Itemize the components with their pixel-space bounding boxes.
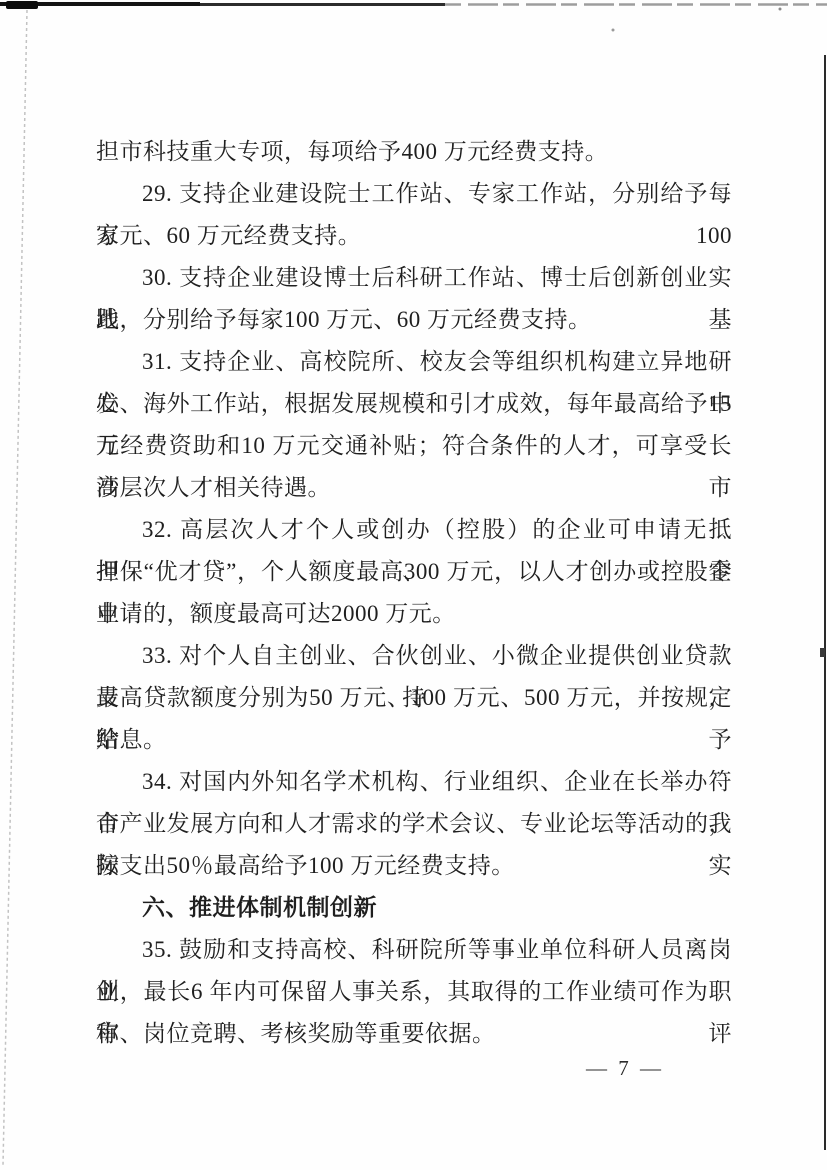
paragraph: 担市科技重大专项，每项给予400 万元经费支持。 <box>96 131 732 173</box>
scan-right-blob <box>820 648 825 657</box>
text-line: 最高贷款额度分别为50 万元、100 万元、500 万元，并按规定给予 <box>96 677 732 719</box>
text-line: 33. 对个人自主创业、合伙创业、小微企业提供创业贷款支持， <box>96 635 732 677</box>
text-line: 心、海外工作站，根据发展规模和引才成效，每年最高给予15 万 <box>96 383 732 425</box>
paragraph: 31. 支持企业、高校院所、校友会等组织机构建立异地研发中心、海外工作站，根据发… <box>96 341 732 509</box>
text-line: 担保“优才贷”，个人额度最高300 万元，以人才创办或控股企业 <box>96 551 732 593</box>
paragraph: 34. 对国内外知名学术机构、行业组织、企业在长举办符合我市产业发展方向和人才需… <box>96 761 732 887</box>
scan-top-line-mid <box>200 3 445 6</box>
paragraph: 29. 支持企业建设院士工作站、专家工作站，分别给予每家100万元、60 万元经… <box>96 173 732 257</box>
scan-speck <box>612 29 615 32</box>
text-line: 32. 高层次人才个人或创办（控股）的企业可申请无抵押、零 <box>96 509 732 551</box>
scan-left-dotted-line <box>3 10 27 1165</box>
page-number: — 7 — <box>555 1047 695 1089</box>
paragraph: 32. 高层次人才个人或创办（控股）的企业可申请无抵押、零担保“优才贷”，个人额… <box>96 509 732 635</box>
text-line: 29. 支持企业建设院士工作站、专家工作站，分别给予每家100 <box>96 173 732 215</box>
text-line: 34. 对国内外知名学术机构、行业组织、企业在长举办符合我 <box>96 761 732 803</box>
paragraph: 33. 对个人自主创业、合伙创业、小微企业提供创业贷款支持，最高贷款额度分别为5… <box>96 635 732 761</box>
text-line: 担市科技重大专项，每项给予400 万元经费支持。 <box>96 131 732 173</box>
text-line: 31. 支持企业、高校院所、校友会等组织机构建立异地研发中 <box>96 341 732 383</box>
text-line: 35. 鼓励和支持高校、科研院所等事业单位科研人员离岗创 <box>96 929 732 971</box>
scan-top-line-dark <box>0 2 200 6</box>
heading-line: 六、推进体制机制创新 <box>96 887 732 929</box>
scanned-document-page: 担市科技重大专项，每项给予400 万元经费支持。29. 支持企业建设院士工作站、… <box>0 0 827 1170</box>
text-line: 业，最长6 年内可保留人事关系，其取得的工作业绩可作为职称评 <box>96 971 732 1013</box>
paragraph: 35. 鼓励和支持高校、科研院所等事业单位科研人员离岗创业，最长6 年内可保留人… <box>96 929 732 1055</box>
text-line: 申请的，额度最高可达2000 万元。 <box>96 593 732 635</box>
text-line: 市产业发展方向和人才需求的学术会议、专业论坛等活动的，按实 <box>96 803 732 845</box>
scan-top-blob <box>6 1 38 9</box>
section-heading: 六、推进体制机制创新 <box>96 887 732 929</box>
text-line: 30. 支持企业建设博士后科研工作站、博士后创新创业实践基 <box>96 257 732 299</box>
paragraph: 30. 支持企业建设博士后科研工作站、博士后创新创业实践基地，分别给予每家100… <box>96 257 732 341</box>
document-body: 担市科技重大专项，每项给予400 万元经费支持。29. 支持企业建设院士工作站、… <box>96 131 732 1055</box>
scan-speck <box>779 8 782 11</box>
text-line: 元经费资助和10 万元交通补贴；符合条件的人才，可享受长沙市 <box>96 425 732 467</box>
